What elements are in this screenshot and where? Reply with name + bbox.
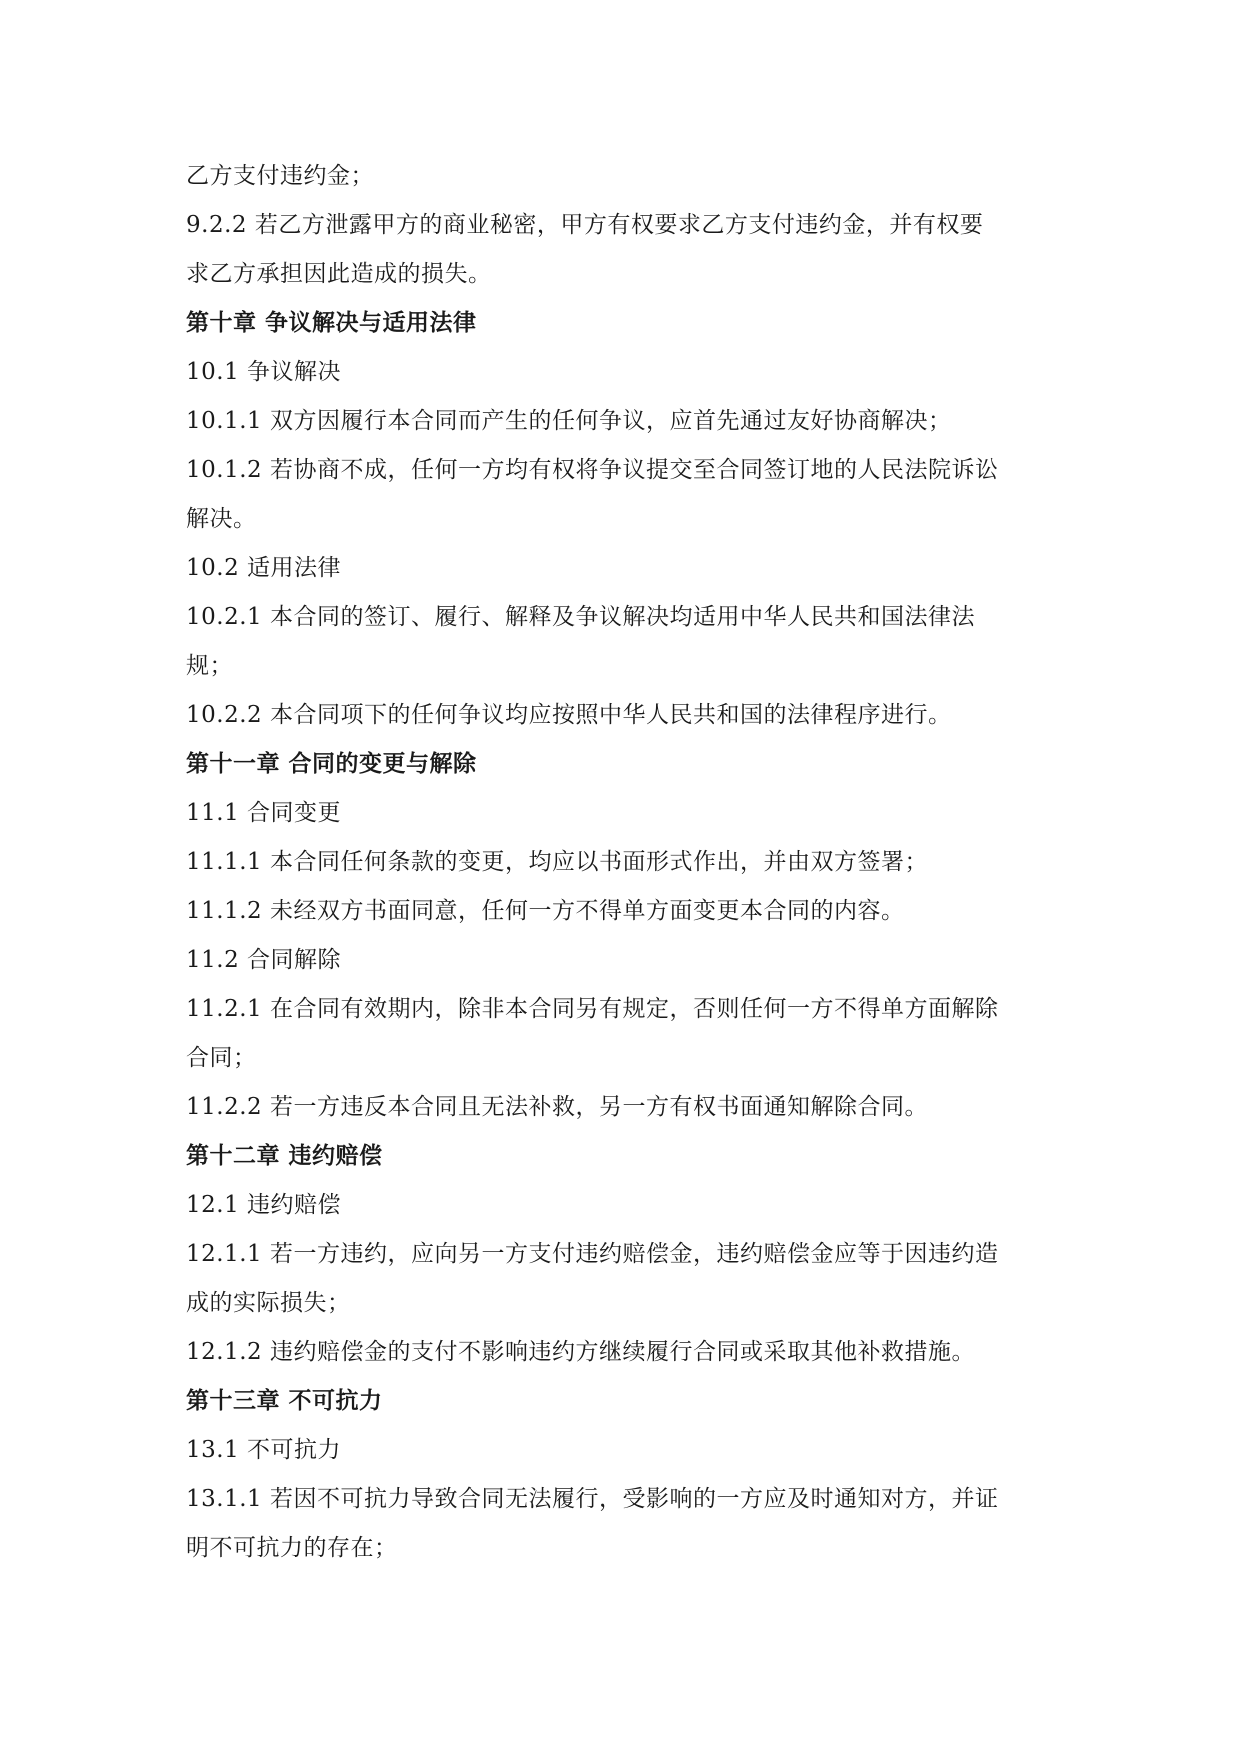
document-body: 乙方支付违约金； 9.2.2 若乙方泄露甲方的商业秘密，甲方有权要求乙方支付违约… <box>186 152 1066 1573</box>
clause-11-2-1: 11.2.1 在合同有效期内，除非本合同另有规定，否则任何一方不得单方面解除 <box>186 985 1066 1034</box>
section-11-1: 11.1 合同变更 <box>186 789 1066 838</box>
text-line: 合同； <box>186 1034 1066 1083</box>
clause-11-1-2: 11.1.2 未经双方书面同意，任何一方不得单方面变更本合同的内容。 <box>186 887 1066 936</box>
text-line: 解决。 <box>186 495 1066 544</box>
text-line: 求乙方承担因此造成的损失。 <box>186 250 1066 299</box>
clause-13-1-1: 13.1.1 若因不可抗力导致合同无法履行，受影响的一方应及时通知对方，并证 <box>186 1475 1066 1524</box>
document-page: 乙方支付违约金； 9.2.2 若乙方泄露甲方的商业秘密，甲方有权要求乙方支付违约… <box>0 0 1240 1753</box>
text-line: 成的实际损失； <box>186 1279 1066 1328</box>
clause-12-1-1: 12.1.1 若一方违约，应向另一方支付违约赔偿金，违约赔偿金应等于因违约造 <box>186 1230 1066 1279</box>
text-line: 明不可抗力的存在； <box>186 1524 1066 1573</box>
chapter-13-heading: 第十三章 不可抗力 <box>186 1377 1066 1426</box>
clause-11-2-2: 11.2.2 若一方违反本合同且无法补救，另一方有权书面通知解除合同。 <box>186 1083 1066 1132</box>
clause-10-2-2: 10.2.2 本合同项下的任何争议均应按照中华人民共和国的法律程序进行。 <box>186 691 1066 740</box>
chapter-11-heading: 第十一章 合同的变更与解除 <box>186 740 1066 789</box>
chapter-10-heading: 第十章 争议解决与适用法律 <box>186 299 1066 348</box>
clause-10-2-1: 10.2.1 本合同的签订、履行、解释及争议解决均适用中华人民共和国法律法 <box>186 593 1066 642</box>
clause-10-1-2: 10.1.2 若协商不成，任何一方均有权将争议提交至合同签订地的人民法院诉讼 <box>186 446 1066 495</box>
section-10-1: 10.1 争议解决 <box>186 348 1066 397</box>
chapter-12-heading: 第十二章 违约赔偿 <box>186 1132 1066 1181</box>
text-line: 规； <box>186 642 1066 691</box>
text-line: 乙方支付违约金； <box>186 152 1066 201</box>
section-10-2: 10.2 适用法律 <box>186 544 1066 593</box>
clause-12-1-2: 12.1.2 违约赔偿金的支付不影响违约方继续履行合同或采取其他补救措施。 <box>186 1328 1066 1377</box>
section-11-2: 11.2 合同解除 <box>186 936 1066 985</box>
clause-10-1-1: 10.1.1 双方因履行本合同而产生的任何争议，应首先通过友好协商解决； <box>186 397 1066 446</box>
section-13-1: 13.1 不可抗力 <box>186 1426 1066 1475</box>
clause-9-2-2: 9.2.2 若乙方泄露甲方的商业秘密，甲方有权要求乙方支付违约金，并有权要 <box>186 201 1066 250</box>
section-12-1: 12.1 违约赔偿 <box>186 1181 1066 1230</box>
clause-11-1-1: 11.1.1 本合同任何条款的变更，均应以书面形式作出，并由双方签署； <box>186 838 1066 887</box>
